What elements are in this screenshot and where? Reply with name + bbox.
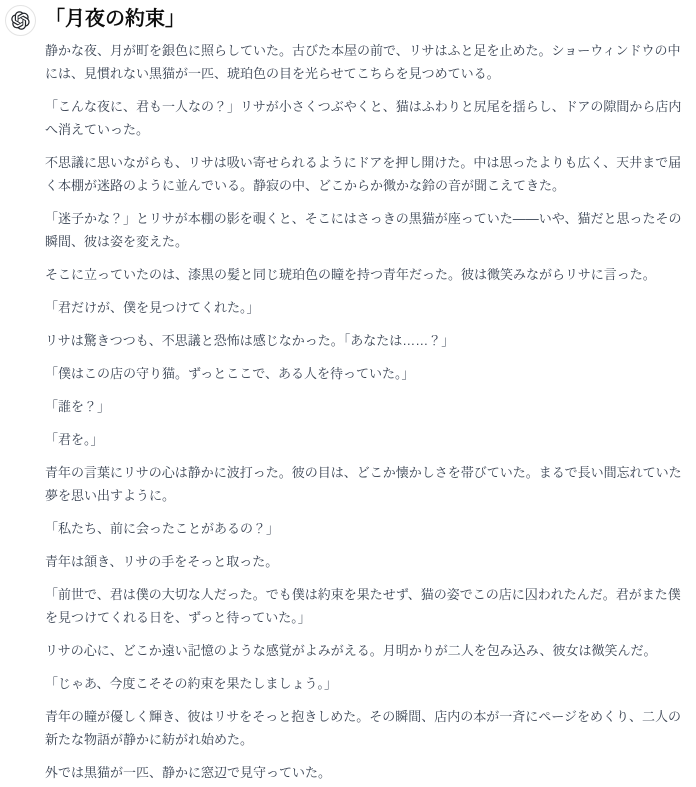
story-paragraph: リサは驚きつつも、不思議と恐怖は感じなかった。「あなたは……？」 <box>45 329 688 352</box>
story-paragraph: 「僕はこの店の守り猫。ずっとここで、ある人を待っていた。」 <box>45 362 688 385</box>
story-paragraph: そこに立っていたのは、漆黒の髪と同じ琥珀色の瞳を持つ青年だった。彼は微笑みながら… <box>45 263 688 286</box>
story-paragraph: 「じゃあ、今度こそその約束を果たしましょう。」 <box>45 672 688 695</box>
story-paragraph: 外では黒猫が一匹、静かに窓辺で見守っていた。 <box>45 761 688 784</box>
story-paragraph: 「君だけが、僕を見つけてくれた。」 <box>45 296 688 319</box>
story-paragraph: 「誰を？」 <box>45 395 688 418</box>
story-paragraph: 青年の言葉にリサの心は静かに波打った。彼の目は、どこか懐かしさを帯びていた。まる… <box>45 461 688 507</box>
story-paragraph: 青年の瞳が優しく輝き、彼はリサをそっと抱きしめた。その瞬間、店内の本が一斉にペー… <box>45 705 688 751</box>
story-paragraph: 不思議に思いながらも、リサは吸い寄せられるようにドアを押し開けた。中は思ったより… <box>45 151 688 197</box>
story-paragraph: 「私たち、前に会ったことがあるの？」 <box>45 517 688 540</box>
story-paragraph: 青年は頷き、リサの手をそっと取った。 <box>45 550 688 573</box>
story-paragraph: 「君を。」 <box>45 428 688 451</box>
story-paragraph: 「前世で、君は僕の大切な人だった。でも僕は約束を果たせず、猫の姿でこの店に囚われ… <box>45 583 688 629</box>
story-title: 「月夜の約束」 <box>45 5 688 33</box>
message-paragraphs: 静かな夜、月が町を銀色に照らしていた。古びた本屋の前で、リサはふと足を止めた。シ… <box>45 39 688 784</box>
assistant-avatar <box>5 5 36 36</box>
assistant-message: 「月夜の約束」 静かな夜、月が町を銀色に照らしていた。古びた本屋の前で、リサはふ… <box>0 0 696 784</box>
story-paragraph: リサの心に、どこか遠い記憶のような感覚がよみがえる。月明かりが二人を包み込み、彼… <box>45 639 688 662</box>
openai-logo-icon <box>11 11 30 30</box>
message-content: 「月夜の約束」 静かな夜、月が町を銀色に照らしていた。古びた本屋の前で、リサはふ… <box>45 5 688 784</box>
story-paragraph: 「迷子かな？」とリサが本棚の影を覗くと、そこにはさっきの黒猫が座っていた――いや… <box>45 207 688 253</box>
story-paragraph: 「こんな夜に、君も一人なの？」リサが小さくつぶやくと、猫はふわりと尻尾を揺らし、… <box>45 95 688 141</box>
story-paragraph: 静かな夜、月が町を銀色に照らしていた。古びた本屋の前で、リサはふと足を止めた。シ… <box>45 39 688 85</box>
